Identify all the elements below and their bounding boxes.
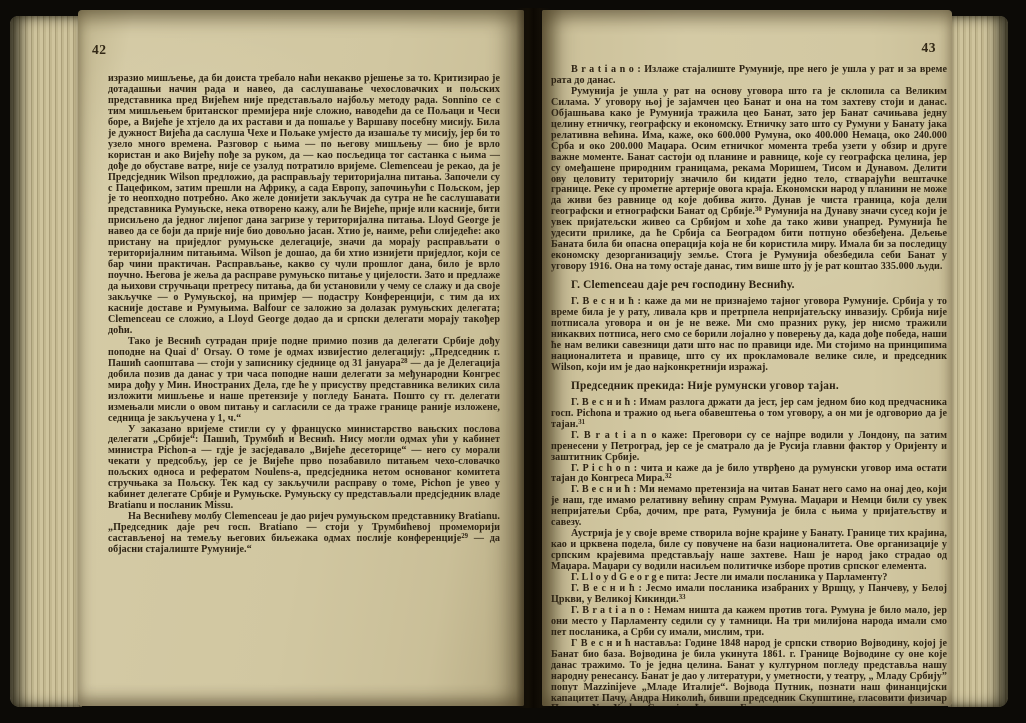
footnote-ref: 32 xyxy=(665,473,672,480)
footnote-ref: 29 xyxy=(461,533,468,540)
section-heading: Г. Clemenceau даје реч господину Веснићу… xyxy=(551,279,947,291)
paragraph: Г. B r a t i a n o : Немам ништа да каже… xyxy=(551,606,947,639)
paragraph: У заказано вријеме стигли су у француско… xyxy=(108,425,500,513)
paragraph: Г. B r a t i a n o каже: Преговори су се… xyxy=(551,431,947,464)
footnote-ref: 28 xyxy=(401,358,408,365)
footnote-ref: 30 xyxy=(755,206,762,213)
footnote-ref: 31 xyxy=(578,419,585,426)
paragraph: изразио мишљење, да би доиста требало на… xyxy=(108,74,500,337)
paragraph: B r a t i a n o : Излаже стајалиште Руму… xyxy=(551,65,947,87)
paragraph: Румунија је ушла у рат на основу уговора… xyxy=(551,87,947,273)
paragraph: Г. В е с н и ћ : Имам разлога држати да … xyxy=(551,398,947,431)
paragraph: На Веснићеву молбу Clemenceau је дао риј… xyxy=(108,512,500,556)
paragraph: Г. В е с н и ћ : Јесмо имали посланика и… xyxy=(551,584,947,606)
paragraph: Г В е с н и ћ наставља: Године 1848 наро… xyxy=(551,639,947,706)
page-edges-right xyxy=(948,16,1008,707)
open-book: 42 изразио мишљење, да би доиста требало… xyxy=(0,0,1026,723)
right-page: 43 B r a t i a n o : Излаже стајалиште Р… xyxy=(542,10,952,706)
right-text-column: B r a t i a n o : Излаже стајалиште Руму… xyxy=(551,65,947,706)
left-page: 42 изразио мишљење, да би доиста требало… xyxy=(78,10,524,706)
page-number-right: 43 xyxy=(922,41,937,55)
paragraph: Тако је Веснић сутрадан прије подне прим… xyxy=(108,337,500,425)
left-text-column: изразио мишљење, да би доиста требало на… xyxy=(108,74,500,556)
section-heading: Председник прекида: Није румунски уговор… xyxy=(551,380,947,392)
paragraph: Г. P i c h o n : чита и каже да је било … xyxy=(551,464,947,486)
paragraph: Г. В е с н и ћ : Ми немамо претензија на… xyxy=(551,485,947,529)
paragraph: Аустрија је у своје време створила војне… xyxy=(551,529,947,573)
page-number-left: 42 xyxy=(92,43,107,57)
page-edges-left xyxy=(10,16,82,707)
paragraph: Г. В е с н и ћ : каже да ми не признајем… xyxy=(551,297,947,374)
footnote-ref: 33 xyxy=(679,594,686,601)
